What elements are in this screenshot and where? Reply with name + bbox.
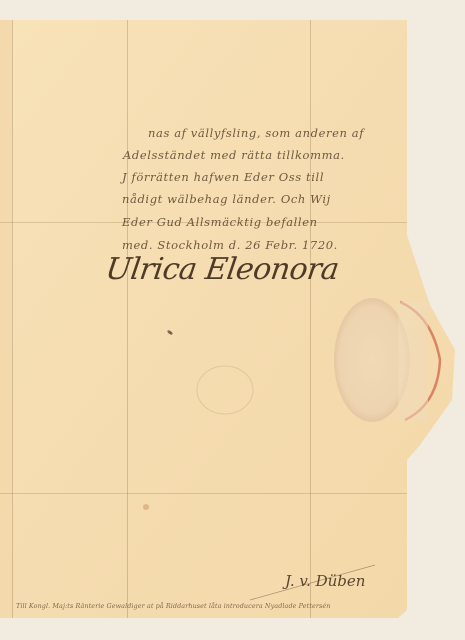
countersignature: J. v. Düben	[285, 572, 365, 590]
stain	[143, 504, 149, 510]
letter-sheet: nas af vällyfsling, som anderen af Adels…	[0, 20, 465, 620]
letter-line: nådigt wälbehag länder. Och Wij	[122, 192, 331, 206]
fold-line	[127, 20, 128, 618]
fold-line	[0, 493, 407, 494]
letter-line: Adelsständet med rätta tillkomma.	[123, 148, 345, 162]
letter-line: Eder Gud Allsmäcktig befallen	[122, 215, 318, 229]
paper-shape	[0, 20, 465, 620]
letter-line: J förrätten hafwen Eder Oss till	[122, 170, 324, 184]
royal-signature: Ulrica Eleonora	[104, 252, 341, 287]
fold-line	[12, 20, 13, 618]
address-footnote: Till Kongl. Maj:ts Ränterie Gewaldiger a…	[16, 602, 331, 610]
letter-line: nas af vällyfsling, som anderen af	[148, 126, 364, 140]
fold-line	[310, 20, 311, 618]
letter-line: med. Stockholm d. 26 Febr. 1720.	[122, 238, 338, 252]
